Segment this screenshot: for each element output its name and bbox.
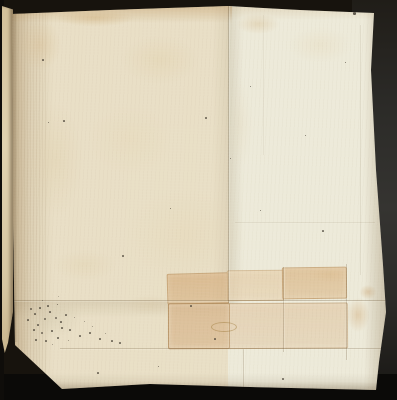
paper-grain [0, 0, 397, 400]
book-page [0, 0, 397, 400]
underlying-page-edge [2, 6, 13, 353]
scanned-page-photo [0, 0, 397, 400]
